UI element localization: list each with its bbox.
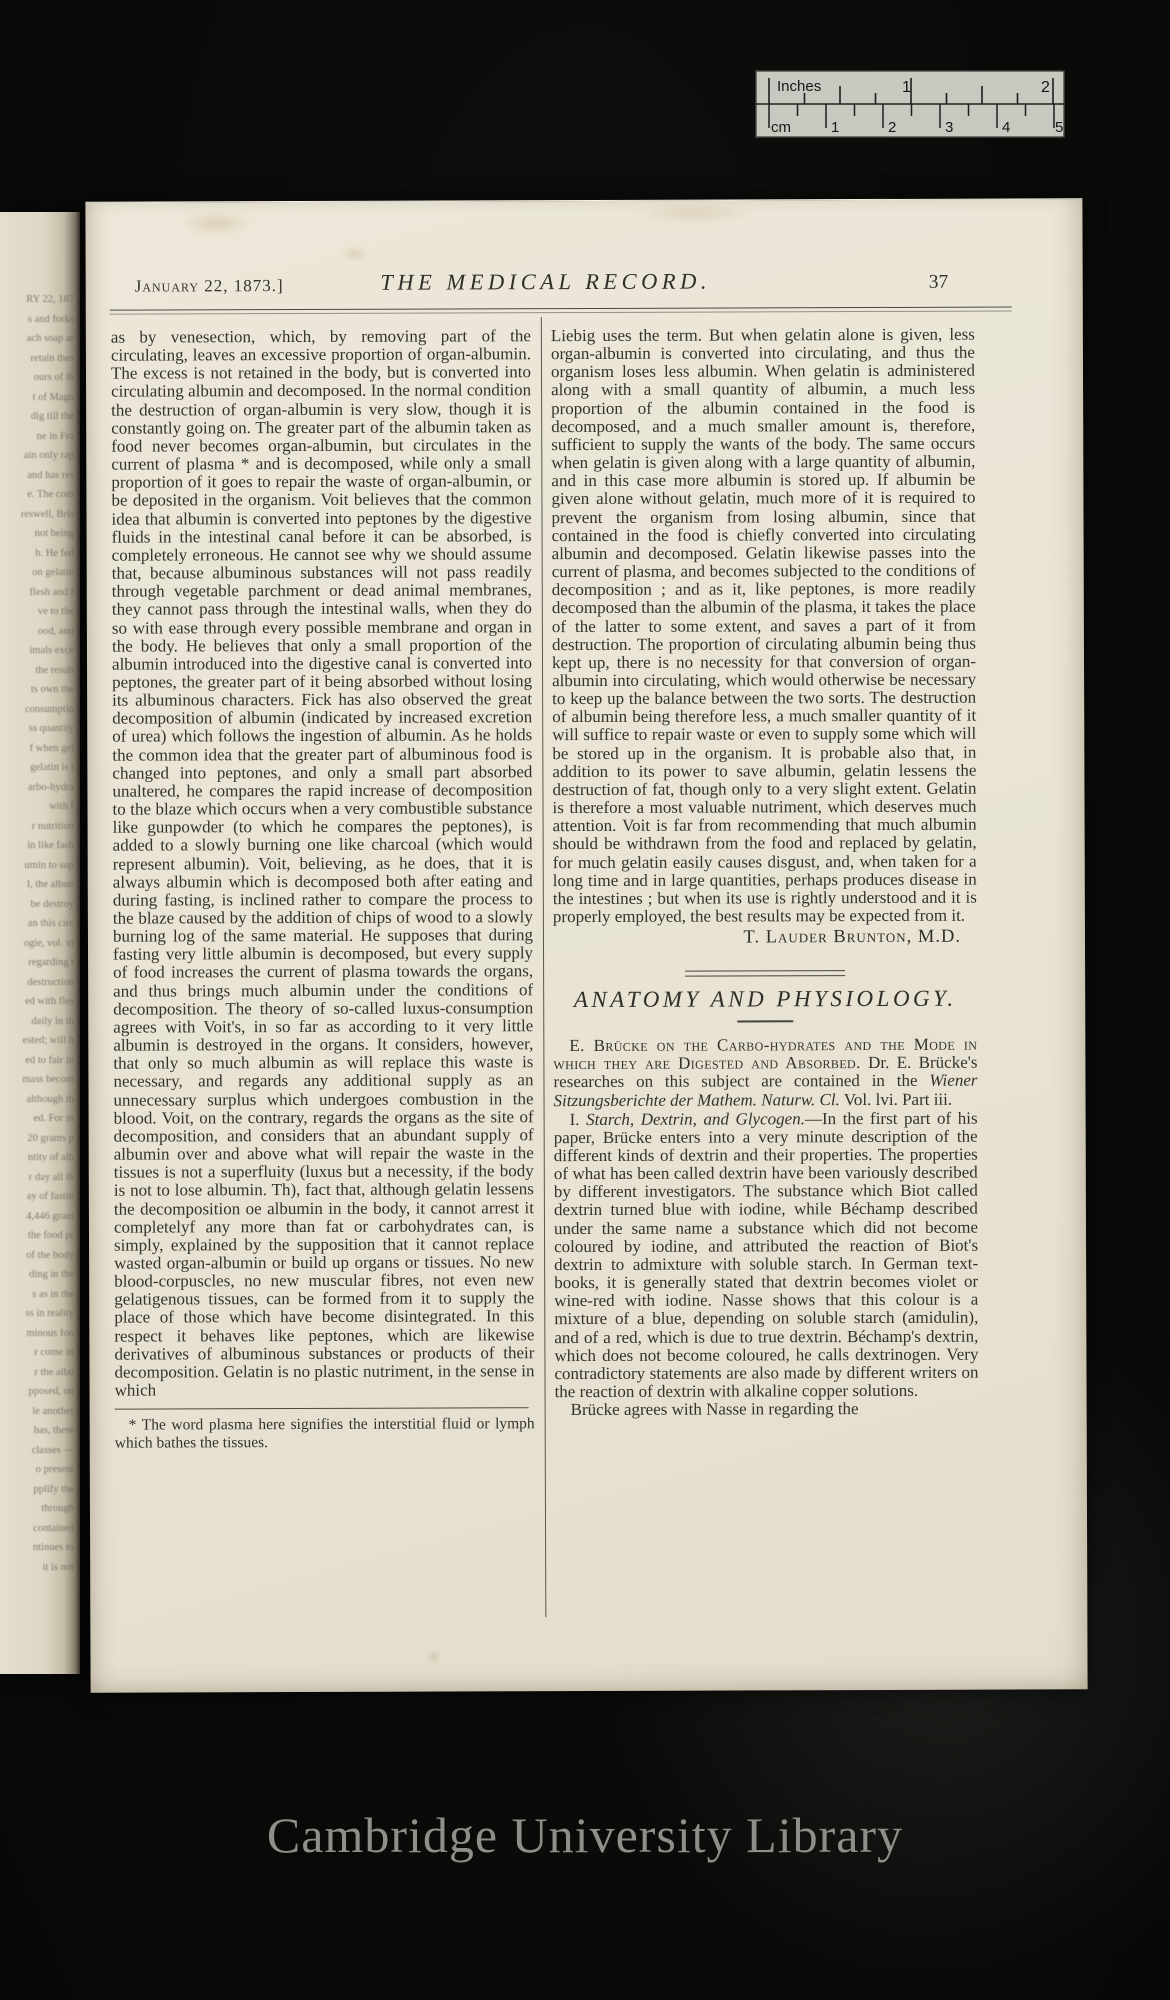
section-heading: ANATOMY AND PHYSIOLOGY. [553, 990, 977, 1010]
edge-text-fragment: minous foo [0, 1324, 80, 1344]
ruler-inches-label: Inches [777, 78, 821, 95]
edge-text-fragment: ed to fair in [0, 1051, 80, 1071]
edge-text-fragment: ed. For m [0, 1109, 80, 1129]
ruler-cm-number-3: 3 [945, 119, 953, 136]
edge-text-fragment: r nutrition [0, 817, 80, 837]
edge-text-fragment: t of Magn [0, 388, 80, 408]
column-divider-rule [541, 317, 547, 1617]
edge-text-fragment: RY 22, 187 [0, 290, 80, 310]
edge-text-fragment: ested; will b [0, 1031, 80, 1051]
edge-text-fragment: flesh and f [0, 583, 80, 603]
edge-text-fragment: although th [0, 1090, 80, 1110]
edge-text-fragment: arbo-hydra [0, 778, 80, 798]
header-rule [110, 307, 1012, 315]
edge-text-fragment: 4,446 gram [0, 1207, 80, 1227]
edge-text-fragment: o present [0, 1460, 80, 1480]
ruler-graphic: Inches 1 2 cm 1 2 3 4 5 [755, 70, 1065, 138]
footnote-rule [115, 1407, 529, 1409]
edge-text-fragment: gelatin is t [0, 758, 80, 778]
footnote-text: * The word plasma here signifies the int… [115, 1415, 535, 1451]
journal-page: January 22, 1873.] THE MEDICAL RECORD. 3… [85, 198, 1087, 1692]
edge-text-fragment: retain thes [0, 349, 80, 369]
article-paragraph-3: Brücke agrees with Nasse in regarding th… [555, 1400, 979, 1420]
edge-text-fragment: dig till the [0, 407, 80, 427]
right-column-body-text: Liebig uses the term. But when gelatin a… [551, 326, 977, 927]
foxing-stain [633, 202, 753, 224]
edge-text-fragment: 20 grams p [0, 1129, 80, 1149]
edge-text-fragment: through [0, 1499, 80, 1519]
edge-text-fragment: le another [0, 1402, 80, 1422]
edge-text-fragment: of the body [0, 1246, 80, 1266]
edge-text-fragment: ding in the [0, 1265, 80, 1285]
edge-text-fragment: r the albu [0, 1363, 80, 1383]
library-watermark: Cambridge University Library [0, 1806, 1170, 1864]
edge-text-fragment: ach soap ar [0, 329, 80, 349]
edge-text-fragment: has, there [0, 1421, 80, 1441]
edge-text-fragment: l, the albun [0, 875, 80, 895]
edge-text-fragment: ss quantity [0, 719, 80, 739]
edge-text-fragment: f when gel [0, 739, 80, 759]
edge-text-fragment: h. He fed [0, 544, 80, 564]
edge-text-fragment: pposed, on [0, 1382, 80, 1402]
ruler-inch-number-2: 2 [1041, 79, 1050, 96]
edge-text-fragment: r day all th [0, 1168, 80, 1188]
edge-text-fragment: s as in the [0, 1285, 80, 1305]
heading-underline-rule [737, 1021, 793, 1023]
edge-text-fragment: on gelatin [0, 563, 80, 583]
edge-text-fragment: ts own the [0, 680, 80, 700]
left-column: as by venesection, which, by removing pa… [111, 327, 535, 1452]
edge-text-fragment: regarding t [0, 953, 80, 973]
edge-text-fragment: reswell, Bris [0, 505, 80, 525]
edge-text-fragment: mass becom [0, 1070, 80, 1090]
facing-page-edge: RY 22, 187s and forksach soap arretain t… [0, 212, 80, 1674]
edge-text-fragment: ve to the [0, 602, 80, 622]
edge-text-fragment: s and forks [0, 310, 80, 330]
edge-text-fragment: imals exce [0, 641, 80, 661]
ruler-cm-number-1: 1 [831, 119, 839, 136]
article-paragraph-1: E. Brücke on the Carbo-hydrates and the … [553, 1036, 977, 1110]
edge-text-fragment: with f [0, 797, 80, 817]
edge-text-fragment: ne in Fra [0, 427, 80, 447]
edge-text-fragment: destruction [0, 973, 80, 993]
measurement-ruler: Inches 1 2 cm 1 2 3 4 5 [755, 70, 1065, 138]
foxing-stain [341, 248, 369, 261]
edge-text-fragment: ss in reality [0, 1304, 80, 1324]
edge-text-fragment: daily in th [0, 1012, 80, 1032]
edge-text-fragment: in like fash [0, 836, 80, 856]
scanned-journal-photograph: Inches 1 2 cm 1 2 3 4 5 RY 22, 187s and … [0, 0, 1170, 2000]
edge-text-fragment: and has res [0, 466, 80, 486]
edge-text-fragment: ours of th [0, 368, 80, 388]
article-paragraph-2: I. Starch, Dextrin, and Glycogen.—In the… [554, 1109, 979, 1401]
edge-text-fragment: e. The com [0, 485, 80, 505]
edge-text-fragments: RY 22, 187s and forksach soap arretain t… [0, 290, 80, 1674]
edge-text-fragment: ntity of alb [0, 1148, 80, 1168]
edge-text-fragment: the food pr [0, 1226, 80, 1246]
edge-text-fragment: ood, and [0, 622, 80, 642]
edge-text-fragment: umin to sup [0, 856, 80, 876]
edge-text-fragment: be destroy [0, 895, 80, 915]
edge-text-fragment: an this circ [0, 914, 80, 934]
edge-text-fragment: pplify the [0, 1480, 80, 1500]
left-column-body-text: as by venesection, which, by removing pa… [111, 327, 535, 1400]
edge-text-fragment: consumptio [0, 700, 80, 720]
ruler-cm-number-2: 2 [888, 119, 896, 136]
ruler-cm-number-4: 4 [1002, 119, 1010, 136]
header-journal-title: THE MEDICAL RECORD. [86, 268, 1006, 297]
edge-text-fragment: classes — [0, 1441, 80, 1461]
edge-text-fragment: it is not [0, 1558, 80, 1578]
ruler-inch-number-1: 1 [902, 79, 911, 96]
edge-text-fragment: ay of fastin [0, 1187, 80, 1207]
author-signature: T. Lauder Brunton, M.D. [553, 928, 977, 948]
article-body: E. Brücke on the Carbo-hydrates and the … [553, 1036, 978, 1420]
ruler-cm-number-5: 5 [1055, 119, 1063, 136]
header-page-number: 37 [929, 272, 949, 294]
foxing-stain [428, 1652, 439, 1663]
right-column: Liebig uses the term. But when gelatin a… [551, 326, 979, 1420]
edge-text-fragment: ain only rap [0, 446, 80, 466]
edge-text-fragment: not being [0, 524, 80, 544]
edge-text-fragment: ed with fles [0, 992, 80, 1012]
edge-text-fragment: ogie, vol. vi [0, 934, 80, 954]
ruler-cm-label: cm [771, 119, 791, 136]
foxing-stain [180, 212, 252, 234]
edge-text-fragment: ntinues to [0, 1538, 80, 1558]
edge-text-fragment: contained [0, 1519, 80, 1539]
edge-text-fragment: the result [0, 661, 80, 681]
edge-text-fragment: r come in [0, 1343, 80, 1363]
section-separator-double-rule [685, 970, 845, 977]
